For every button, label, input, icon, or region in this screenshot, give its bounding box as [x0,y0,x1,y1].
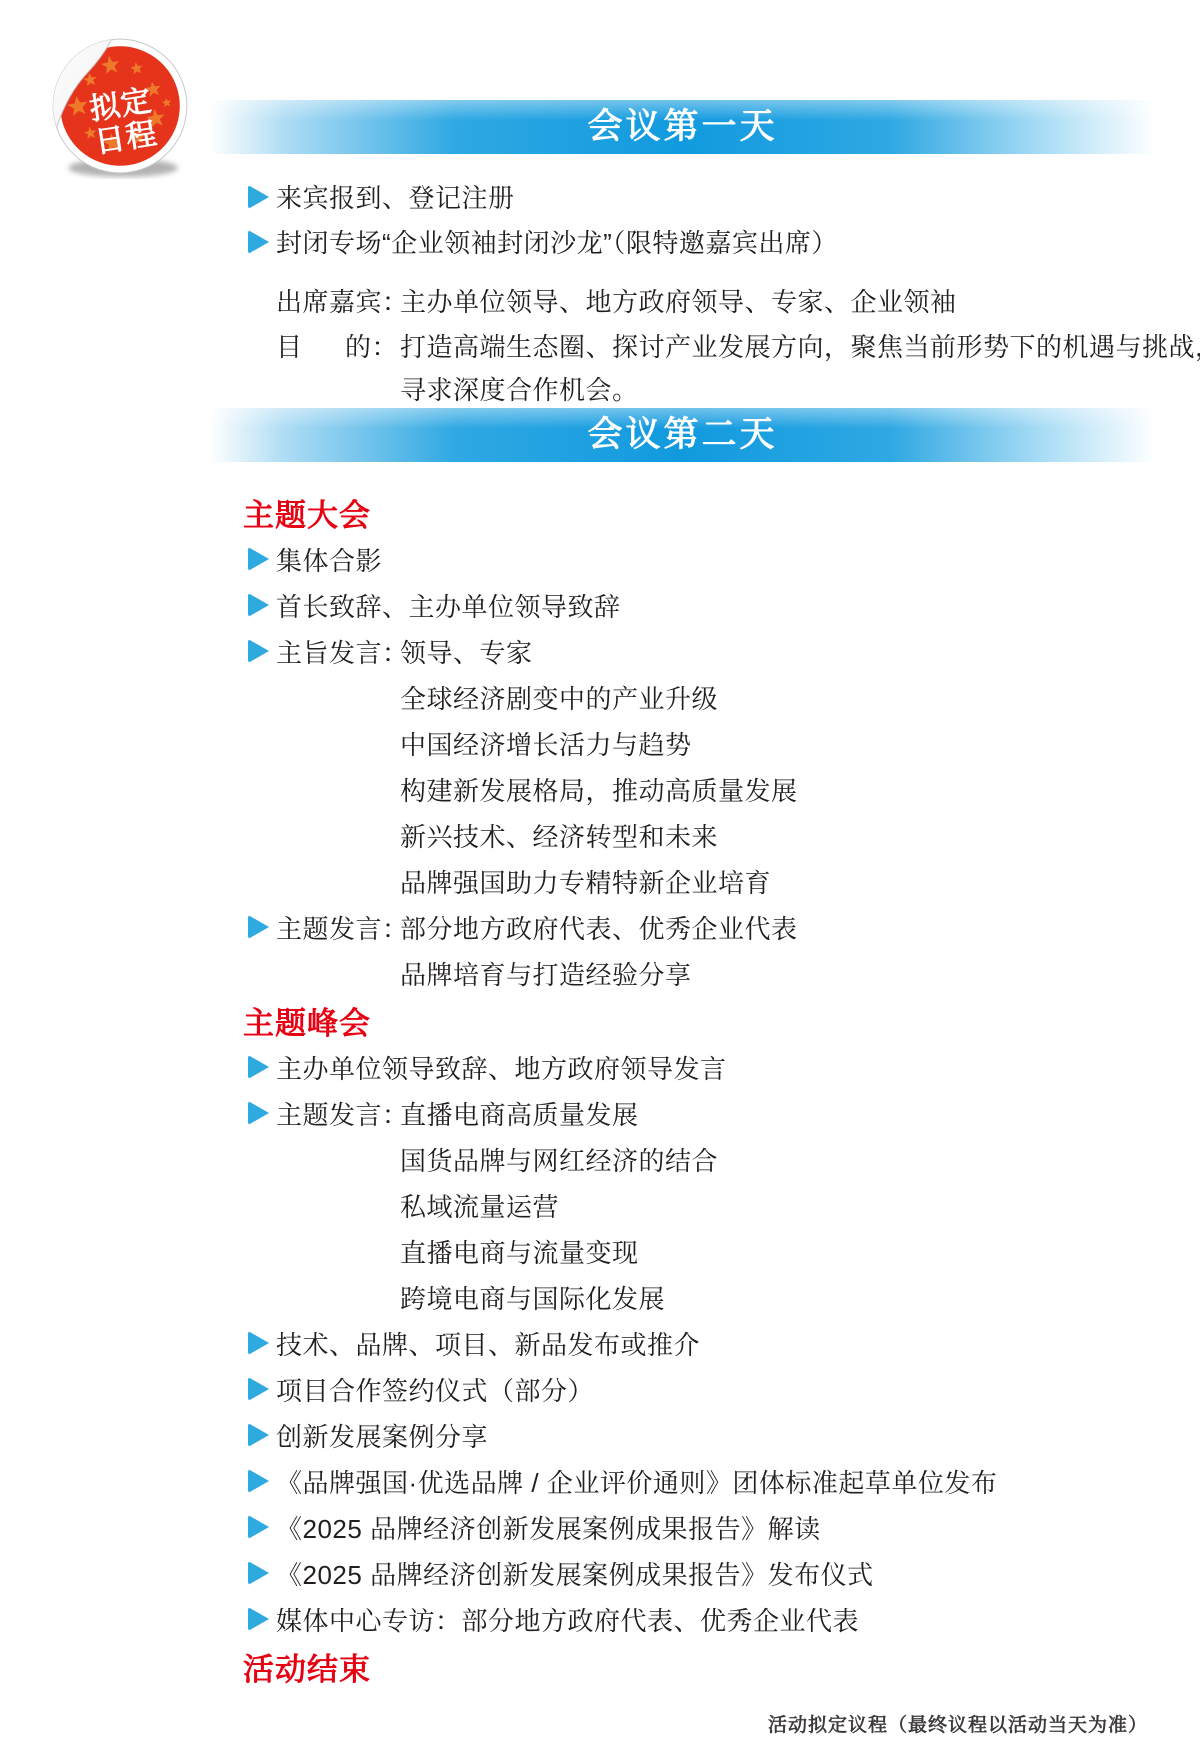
bullet-triangle-icon [248,593,269,617]
bullet-triangle-icon [248,1331,269,1355]
bullet-column [248,593,276,617]
agenda-row: 媒体中心专访：部分地方政府代表、优秀企业代表 [248,1596,1200,1642]
bullet-triangle-icon [248,639,269,663]
agenda-row: 主办单位领导致辞、地方政府领导发言 [248,1044,1200,1090]
item-content: 直播电商高质量发展 [400,1095,639,1132]
agenda-row: 国货品牌与网红经济的结合 [248,1136,1200,1182]
agenda-page: 拟定 日程 会议第一天 来宾报到、登记注册封闭专场“企业领袖封闭沙龙”（限特邀嘉… [0,0,1200,1763]
item-text: 集体合影 [276,541,382,578]
bullet-column [248,1331,276,1355]
item-content: 构建新发展格局，推动高质量发展 [400,771,798,808]
item-label: 主旨发言： [276,633,400,670]
item-content: 全球经济剧变中的产业升级 [400,679,718,716]
item-content: 国货品牌与网红经济的结合 [400,1141,718,1178]
agenda-row: 私域流量运营 [248,1182,1200,1228]
bullet-column [248,1561,276,1585]
agenda-row: 《2025 品牌经济创新发展案例成果报告》发布仪式 [248,1550,1200,1596]
item-text: 项目合作签约仪式（部分） [276,1371,594,1408]
agenda-row: 创新发展案例分享 [248,1412,1200,1458]
item-content: 直播电商与流量变现 [400,1233,639,1270]
agenda-row: 品牌强国助力专精特新企业培育 [248,858,1200,904]
badge-sticker-graphic: 拟定 日程 [44,30,196,182]
bullet-column [248,1469,276,1493]
bullet-triangle-icon [248,547,269,571]
agenda-row: 封闭专场“企业领袖封闭沙龙”（限特邀嘉宾出席） [248,219,1200,264]
bullet-column [248,1607,276,1631]
item-label: 主题发言： [276,909,400,946]
agenda-row: 中国经济增长活力与趋势 [248,720,1200,766]
agenda-row: 《品牌强国·优选品牌 / 企业评价通则》团体标准起草单位发布 [248,1458,1200,1504]
agenda-row: 集体合影 [248,536,1200,582]
agenda-row: 直播电商与流量变现 [248,1228,1200,1274]
bullet-triangle-icon [248,185,269,209]
section-header: 主题大会 [243,488,1200,536]
agenda-row: 出席嘉宾：主办单位领导、地方政府领导、专家、企业领袖 [248,278,1200,323]
agenda-row: 技术、品牌、项目、新品发布或推介 [248,1320,1200,1366]
agenda-row: 跨境电商与国际化发展 [248,1274,1200,1320]
bullet-triangle-icon [248,230,269,254]
bullet-column [248,1515,276,1539]
bullet-column [248,547,276,571]
item-content: 部分地方政府代表、优秀企业代表 [400,909,798,946]
item-content: 品牌培育与打造经验分享 [400,955,692,992]
bullet-triangle-icon [248,1101,269,1125]
item-text: 《2025 品牌经济创新发展案例成果报告》解读 [276,1509,821,1546]
agenda-row: 全球经济剧变中的产业升级 [248,674,1200,720]
item-text: 《2025 品牌经济创新发展案例成果报告》发布仪式 [276,1555,874,1592]
bullet-column [248,915,276,939]
item-text: 技术、品牌、项目、新品发布或推介 [276,1325,700,1362]
bullet-column [248,185,276,209]
bullet-column [248,1377,276,1401]
item-text: 媒体中心专访：部分地方政府代表、优秀企业代表 [276,1601,859,1638]
item-text: 《品牌强国·优选品牌 / 企业评价通则》团体标准起草单位发布 [276,1463,997,1500]
day1-banner: 会议第一天 [210,100,1155,154]
day2-banner: 会议第二天 [210,408,1155,462]
agenda-row: 《2025 品牌经济创新发展案例成果报告》解读 [248,1504,1200,1550]
bullet-column [248,1055,276,1079]
label-char: 的： [345,327,398,364]
agenda-row: 首长致辞、主办单位领导致辞 [248,582,1200,628]
item-content: 私域流量运营 [400,1187,559,1224]
label-char: 目 [276,327,303,364]
bullet-triangle-icon [248,1055,269,1079]
agenda-row: 来宾报到、登记注册 [248,174,1200,219]
section-header: 活动结束 [243,1642,1200,1690]
item-label: 主题发言： [276,1095,400,1132]
agenda-row: 主题发言：部分地方政府代表、优秀企业代表 [248,904,1200,950]
agenda-row: 构建新发展格局，推动高质量发展 [248,766,1200,812]
bullet-column [248,1423,276,1447]
proposed-schedule-badge: 拟定 日程 [44,30,196,182]
item-label: 出席嘉宾： [276,282,400,319]
item-content: 寻求深度合作机会。 [400,370,639,407]
bullet-triangle-icon [248,1515,269,1539]
bullet-triangle-icon [248,915,269,939]
bullet-triangle-icon [248,1607,269,1631]
agenda-row: 项目合作签约仪式（部分） [248,1366,1200,1412]
bullet-column [248,639,276,663]
bullet-triangle-icon [248,1469,269,1493]
agenda-row: 寻求深度合作机会。 [248,368,1200,408]
item-label: 目的： [276,327,400,364]
item-content: 跨境电商与国际化发展 [400,1279,665,1316]
item-text: 来宾报到、登记注册 [276,178,515,215]
day1-agenda: 来宾报到、登记注册封闭专场“企业领袖封闭沙龙”（限特邀嘉宾出席）出席嘉宾：主办单… [0,174,1200,408]
item-content: 打造高端生态圈、探讨产业发展方向，聚焦当前形势下的机遇与挑战， [400,327,1200,364]
agenda-row: 品牌培育与打造经验分享 [248,950,1200,996]
agenda-row: 主题发言：直播电商高质量发展 [248,1090,1200,1136]
banner-title-day2: 会议第二天 [210,408,1155,462]
banner-title-day1: 会议第一天 [210,100,1155,154]
item-content: 主办单位领导、地方政府领导、专家、企业领袖 [400,282,957,319]
bullet-triangle-icon [248,1423,269,1447]
item-content: 新兴技术、经济转型和未来 [400,817,718,854]
item-content: 中国经济增长活力与趋势 [400,725,692,762]
section-header: 主题峰会 [243,996,1200,1044]
day2-agenda: 主题大会集体合影首长致辞、主办单位领导致辞主旨发言：领导、专家全球经济剧变中的产… [0,488,1200,1690]
agenda-row: 目的：打造高端生态圈、探讨产业发展方向，聚焦当前形势下的机遇与挑战， [248,323,1200,368]
item-content: 领导、专家 [400,633,533,670]
item-content: 品牌强国助力专精特新企业培育 [400,863,771,900]
bullet-triangle-icon [248,1377,269,1401]
footer-note: 活动拟定议程（最终议程以活动当天为准） [768,1710,1148,1737]
bullet-column [248,230,276,254]
bullet-column [248,1101,276,1125]
agenda-row: 主旨发言：领导、专家 [248,628,1200,674]
item-text: 创新发展案例分享 [276,1417,488,1454]
agenda-row: 新兴技术、经济转型和未来 [248,812,1200,858]
item-text: 封闭专场“企业领袖封闭沙龙”（限特邀嘉宾出席） [276,223,838,260]
item-text: 主办单位领导致辞、地方政府领导发言 [276,1049,727,1086]
item-text: 首长致辞、主办单位领导致辞 [276,587,621,624]
bullet-triangle-icon [248,1561,269,1585]
